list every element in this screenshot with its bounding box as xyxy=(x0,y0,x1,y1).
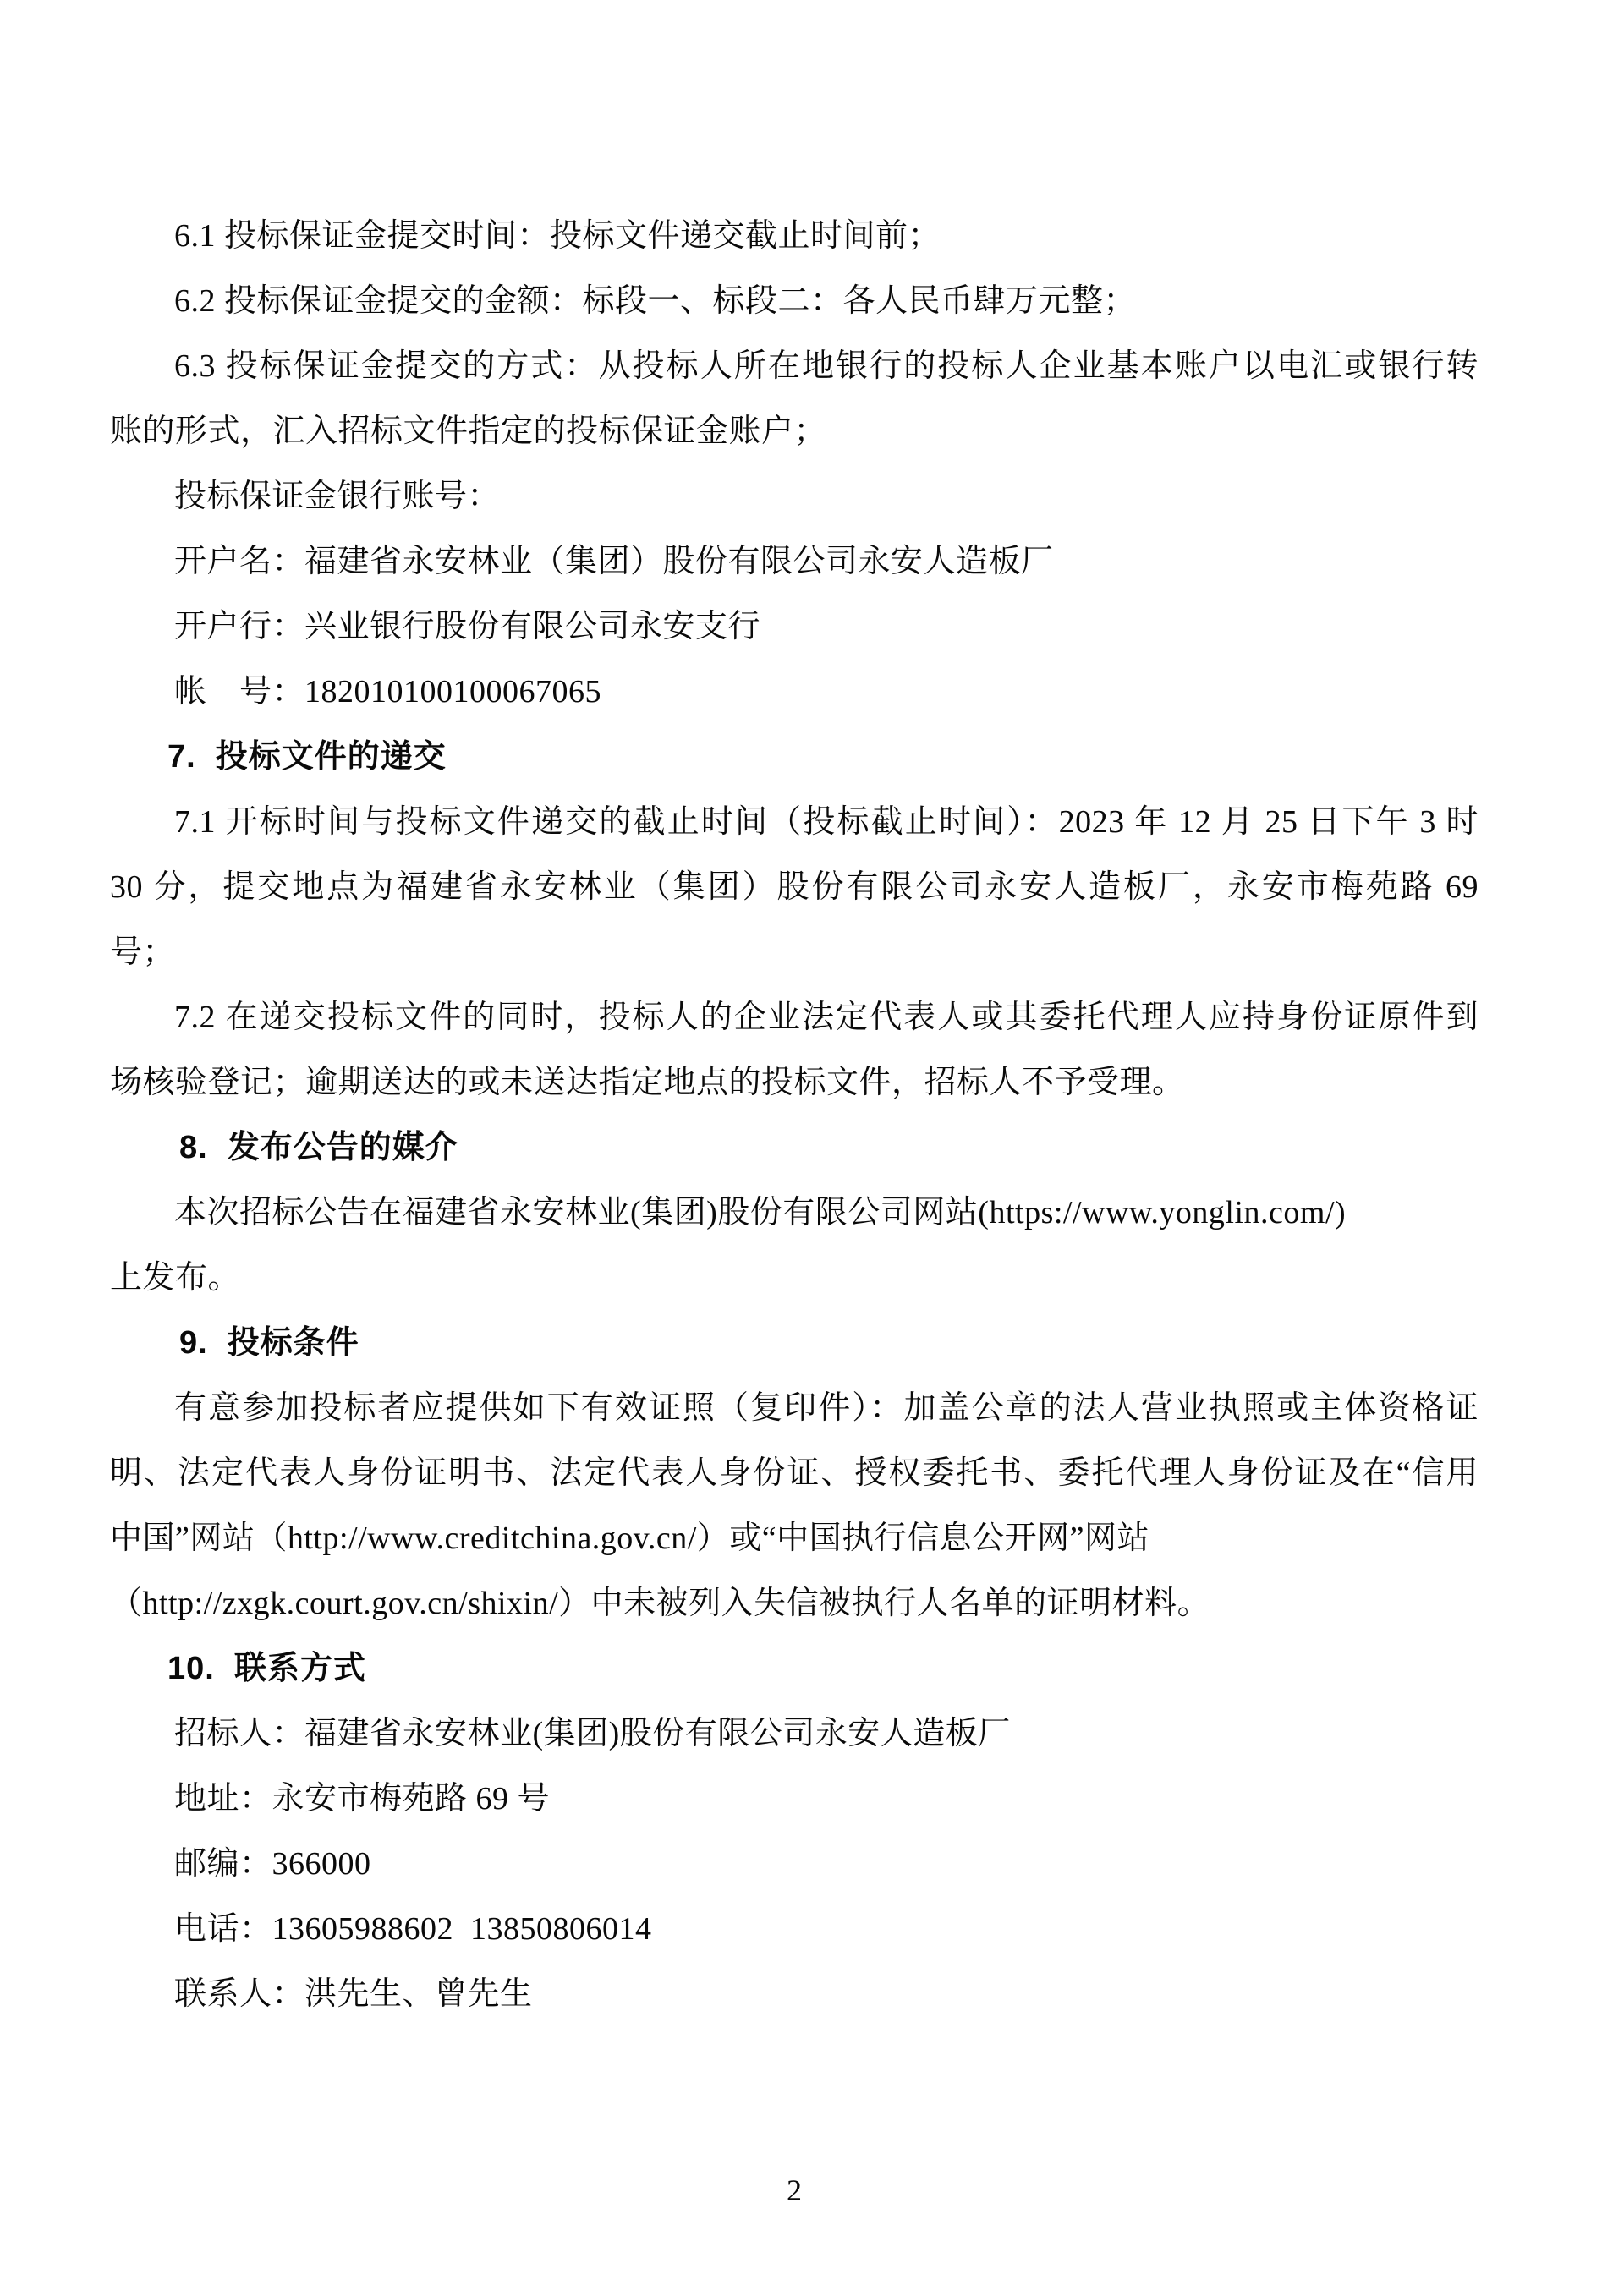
deposit-account-title: 投标保证金银行账号： xyxy=(110,464,1479,529)
clause-6-2: 6.2 投标保证金提交的金额：标段一、标段二：各人民币肆万元整； xyxy=(110,269,1479,334)
contact-person: 联系人：洪先生、曾先生 xyxy=(110,1962,1479,2027)
account-number: 帐 号：182010100100067065 xyxy=(110,660,1479,725)
clause-7-2-line1: 7.2 在递交投标文件的同时，投标人的企业法定代表人或其委托代理人应持身份证原件… xyxy=(110,985,1479,1050)
clause-6-3-line2: 账的形式，汇入招标文件指定的投标保证金账户； xyxy=(110,399,1479,464)
section-heading-8: 8. 发布公告的媒介 xyxy=(110,1115,1479,1181)
contact-address: 地址：永安市梅苑路 69 号 xyxy=(110,1767,1479,1832)
clause-7-1-line2: 30 分，提交地点为福建省永安林业（集团）股份有限公司永安人造板厂，永安市梅苑路… xyxy=(110,855,1479,920)
section-heading-10: 10. 联系方式 xyxy=(110,1636,1479,1701)
account-bank: 开户行：兴业银行股份有限公司永安支行 xyxy=(110,595,1479,660)
contact-postcode: 邮编：366000 xyxy=(110,1832,1479,1897)
clause-8-line1: 本次招标公告在福建省永安林业(集团)股份有限公司网站(https://www.y… xyxy=(110,1181,1479,1246)
clause-8-line2: 上发布。 xyxy=(110,1246,1479,1311)
document-body: 6.1 投标保证金提交时间：投标文件递交截止时间前； 6.2 投标保证金提交的金… xyxy=(110,204,1479,2027)
page-number: 2 xyxy=(110,2172,1479,2209)
document-page: 6.1 投标保证金提交时间：投标文件递交截止时间前； 6.2 投标保证金提交的金… xyxy=(0,0,1624,2296)
contact-tenderer: 招标人：福建省永安林业(集团)股份有限公司永安人造板厂 xyxy=(110,1701,1479,1767)
clause-9-line1: 有意参加投标者应提供如下有效证照（复印件）：加盖公章的法人营业执照或主体资格证 xyxy=(110,1376,1479,1441)
clause-7-2-line2: 场核验登记；逾期送达的或未送达指定地点的投标文件，招标人不予受理。 xyxy=(110,1050,1479,1115)
clause-9-line3: 中国”网站（http://www.creditchina.gov.cn/）或“中… xyxy=(110,1506,1479,1571)
clause-7-1-line3: 号； xyxy=(110,920,1479,985)
clause-6-1: 6.1 投标保证金提交时间：投标文件递交截止时间前； xyxy=(110,204,1479,269)
clause-9-line4: （http://zxgk.court.gov.cn/shixin/）中未被列入失… xyxy=(110,1571,1479,1636)
contact-phone: 电话：13605988602 13850806014 xyxy=(110,1897,1479,1962)
clause-7-1-line1: 7.1 开标时间与投标文件递交的截止时间（投标截止时间）：2023 年 12 月… xyxy=(110,790,1479,855)
account-name: 开户名：福建省永安林业（集团）股份有限公司永安人造板厂 xyxy=(110,529,1479,595)
clause-9-line2: 明、法定代表人身份证明书、法定代表人身份证、授权委托书、委托代理人身份证及在“信… xyxy=(110,1441,1479,1506)
section-heading-7: 7. 投标文件的递交 xyxy=(110,725,1479,790)
clause-6-3-line1: 6.3 投标保证金提交的方式：从投标人所在地银行的投标人企业基本账户以电汇或银行… xyxy=(110,334,1479,399)
section-heading-9: 9. 投标条件 xyxy=(110,1311,1479,1376)
